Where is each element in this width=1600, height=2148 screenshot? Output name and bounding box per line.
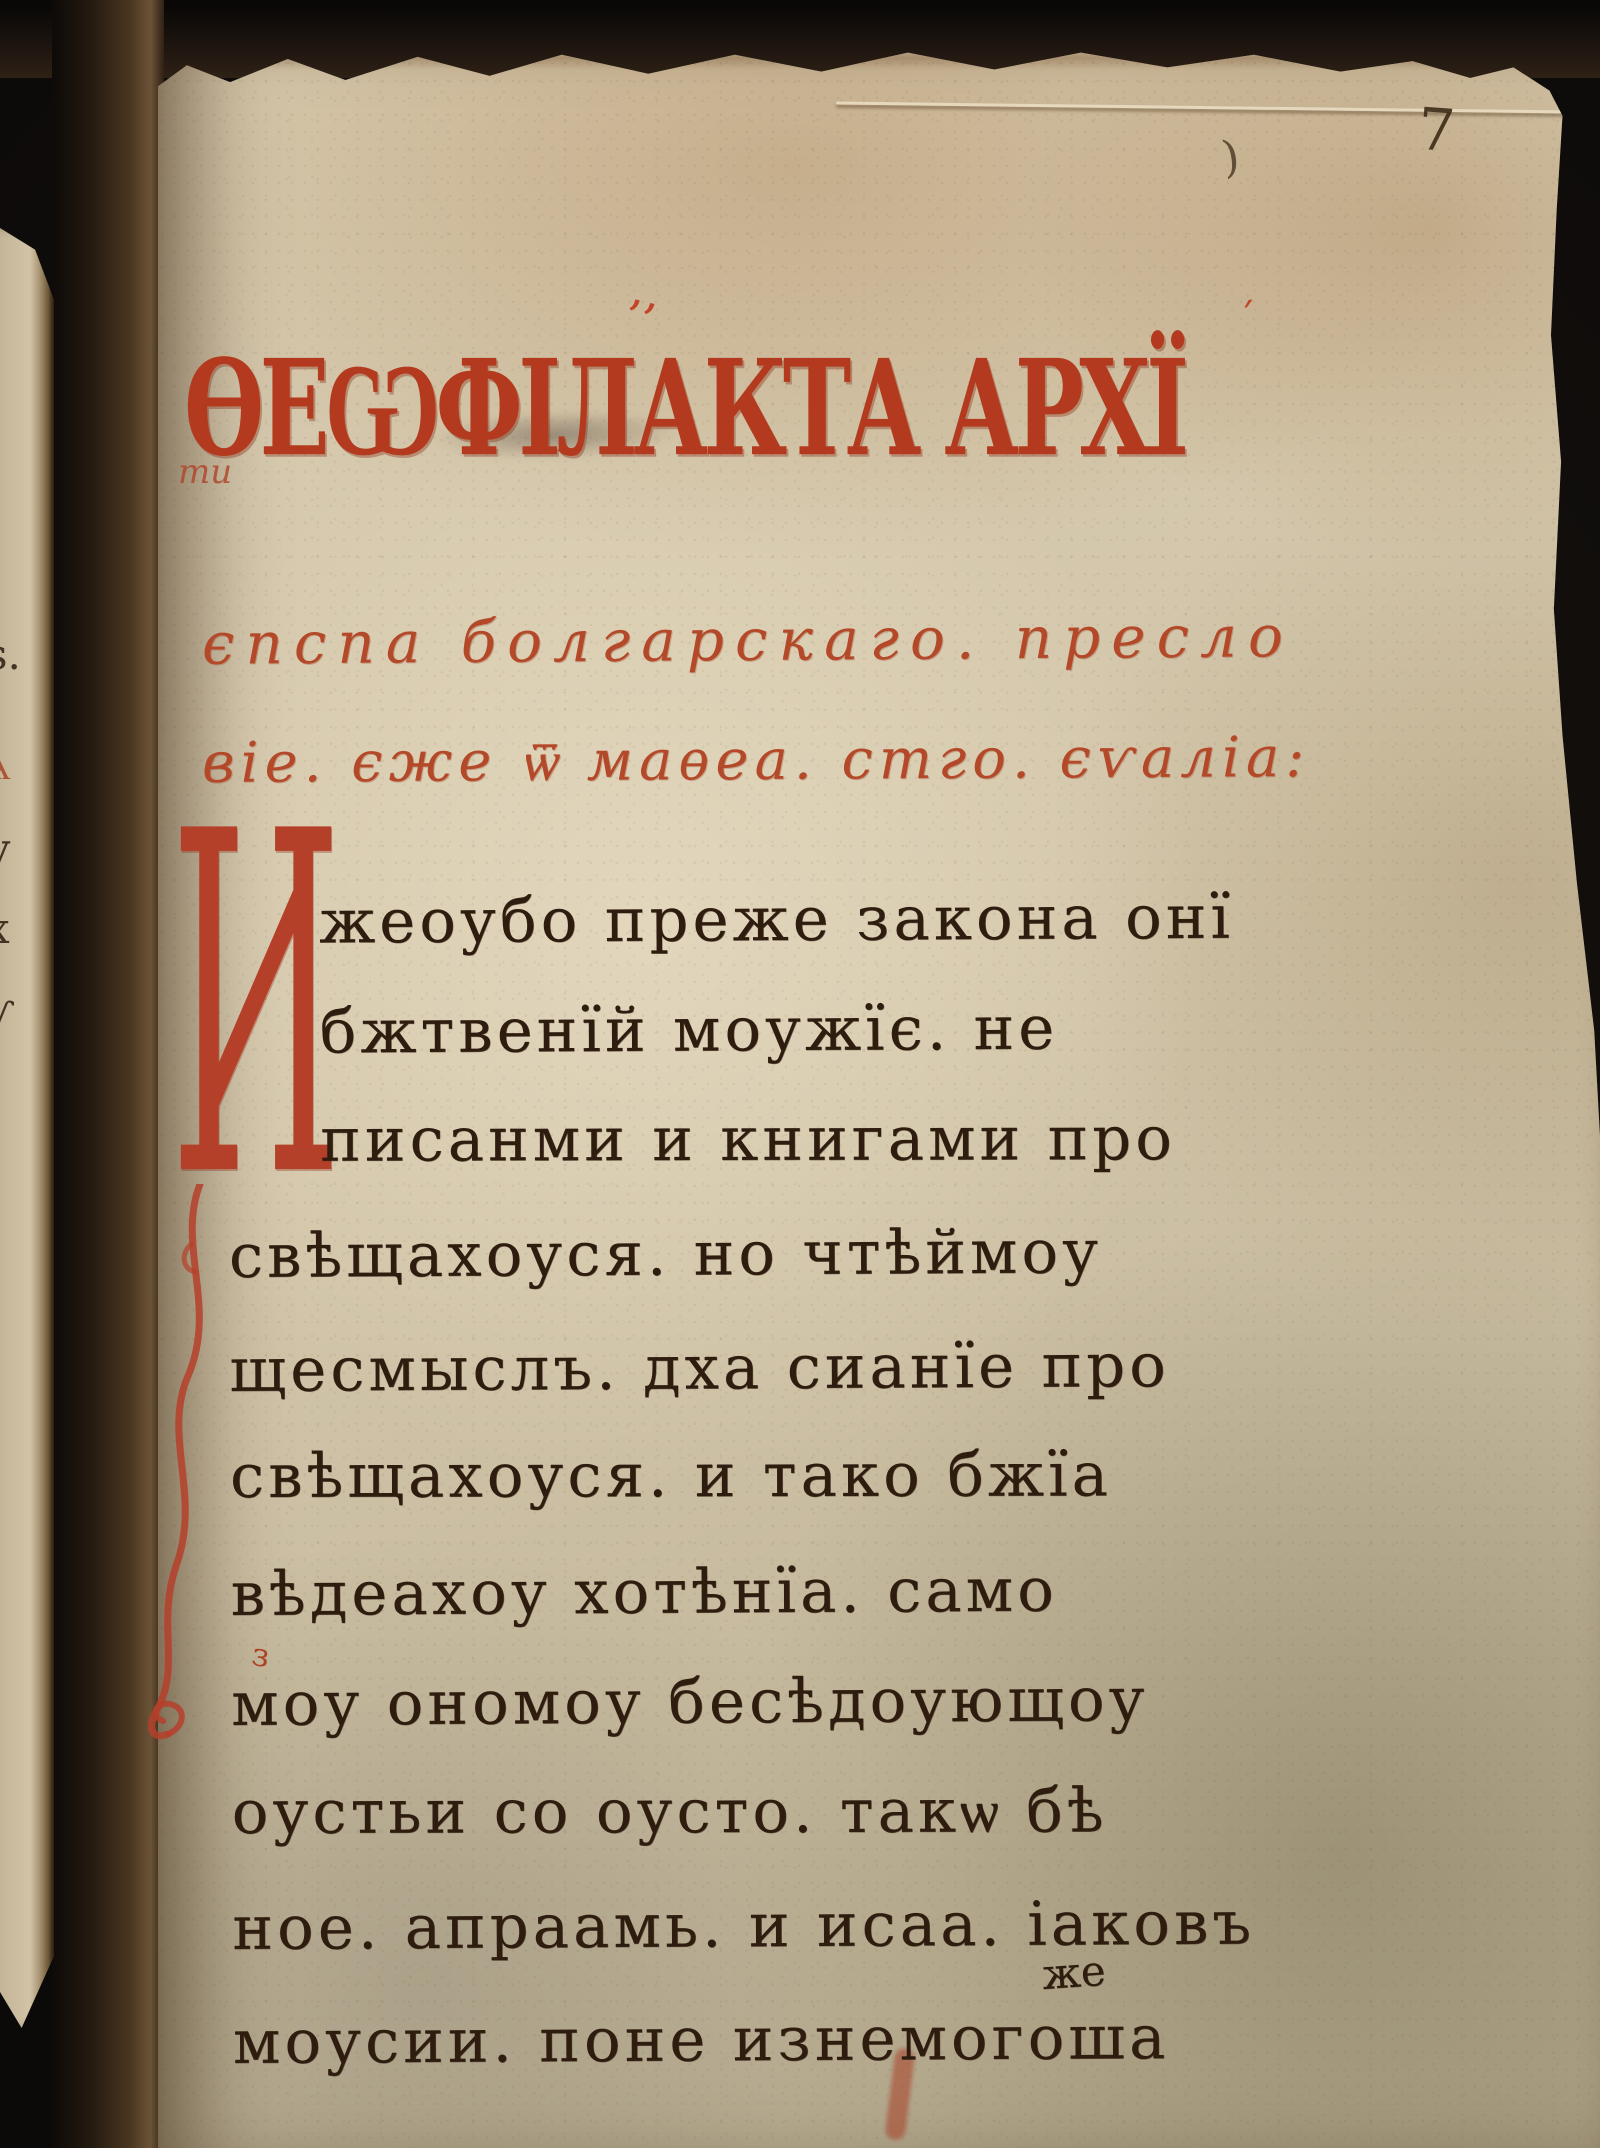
text-line: жеоубо преже закона онї <box>319 861 1388 979</box>
edge-fragment: ѧ <box>0 740 11 790</box>
text-line: свѣщахоуся. и тако бжїа <box>230 1419 1390 1533</box>
page-edge-line <box>836 102 1571 114</box>
rubric-line: єпспа болгарскаго. пресло <box>202 602 1294 678</box>
folio-number: 7 <box>1416 95 1458 165</box>
text-line: вѣдеахоу хотѣнїа. само <box>230 1533 1391 1651</box>
edge-fragment: у <box>0 824 11 873</box>
text-line: свѣщахоуся. но чтѣймоу <box>229 1195 1390 1313</box>
text-line: моу ономоу бесѣдоующоу <box>231 1643 1392 1761</box>
edge-fragment: ѵ <box>0 984 15 1033</box>
title-remnant: ти <box>178 452 232 492</box>
text-line: ное. апраамь. и исаа. іаковъ <box>232 1867 1393 1985</box>
text-line: писанми и книгами про <box>320 1083 1388 1197</box>
text-line: оустьи со оусто. такѡ бѣ <box>232 1755 1392 1869</box>
edge-fragment: х <box>0 904 10 953</box>
edge-fragment: ѕ. <box>0 630 21 679</box>
superscript-abbreviation: же <box>1040 1946 1107 1999</box>
title-vyaz: ѲЕѠФІЛАКТА АРХЇ <box>184 330 1185 486</box>
text-line: моусии. поне изнемогоша <box>233 1981 1394 2099</box>
text-line: щесмыслъ. дха сианїе про <box>229 1309 1390 1427</box>
binding-gutter <box>52 0 164 2148</box>
underlying-page-edge: ѕ. ѧ у х ѵ <box>0 228 54 2028</box>
book-cover-top <box>0 0 1600 78</box>
rubric-line: віе. єже ѿ маѳеа. стго. єѵаліа: <box>202 725 1310 796</box>
main-text-block: жеоубо преже закона онї бжтвенїй моужїє.… <box>227 859 1393 2097</box>
text-line: бжтвенїй моужїє. не <box>319 971 1388 1089</box>
